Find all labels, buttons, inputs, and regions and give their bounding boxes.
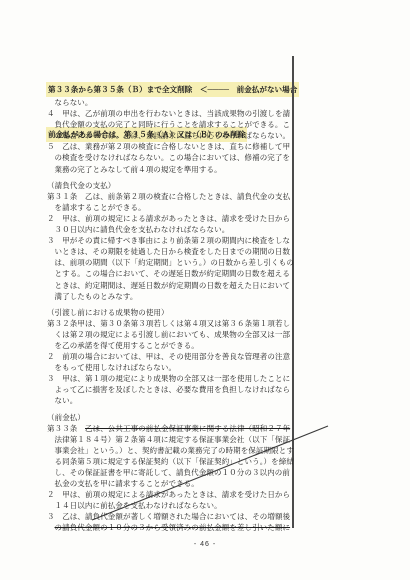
text-segment: 事業会社」という。）と、契約書記載の業務完了の時期を保証期限とす — [55, 446, 294, 455]
text-line: ４ 甲は、乙が前項の申出を行わないときは、当該成果物の引渡しを請 — [47, 108, 295, 119]
text-segment: 第３２条甲は、第３０条第３項若しくは第４項又は第３６条第１項若し — [47, 319, 290, 328]
text-segment: 満了したものとみなす。 — [55, 292, 138, 301]
text-segment: 払金の支払を甲に請求することができる。 — [55, 479, 199, 488]
text-segment: １４日以内に前払金を支払わなければならない。 — [55, 501, 222, 510]
text-segment: ３０日以内に請負代金を支払わなければならない。 — [55, 225, 230, 234]
text-line: 事業会社」という。）と、契約書記載の業務完了の時期を保証期限とす — [47, 445, 295, 456]
text-segment: ２ 前項の場合においては、甲は、その使用部分を善良な管理者の注意 — [47, 352, 290, 361]
text-line: ３ 乙は、請負代金額が著しく増額された場合においては、その増額後 — [47, 511, 295, 522]
text-segment: よって乙に損害を及ぼしたときは、必要な費用を負担しなければなら — [55, 385, 291, 394]
text-line: の場合においては、乙は、当該請求に直ちに応じなければならない。 — [47, 130, 295, 141]
text-line: を乙の承諾を得て使用することができる。 — [47, 340, 295, 351]
text-line: の請負代金額の１０分の３から受領済みの前払金額を差し引いた額に — [47, 522, 295, 533]
text-segment: ３ 乙は、請負代金額が著しく増額された場合においては、その増額後 — [47, 512, 290, 521]
text-line: る同条第５項に規定する保証契約（以下「保証契約」という。）を締結 — [47, 456, 295, 467]
text-line: を請求することができる。 — [47, 202, 295, 213]
text-segment: ２ 甲は、前項の規定による請求があったときは、請求を受けた日から — [47, 490, 290, 499]
text-segment: し、その保証証書を甲に寄託して、請負代金額の１０分の３以内の前 — [55, 468, 290, 477]
text-line: の検査を受けなければならない。この場合においては、修補の完了を — [47, 152, 295, 163]
text-line: をもって使用しなければならない。 — [47, 362, 295, 373]
text-line: は、前項の期間（以下「約定期間」という。）の日数から差し引くもの — [47, 257, 295, 268]
text-segment: 法律第１８４号）第２条第４項に規定する保証事業会社（以下「保証 — [55, 435, 291, 444]
text-line: 業務の完了とみなして前４項の規定を準用する。 — [47, 164, 295, 175]
text-line: 第３２条甲は、第３０条第３項若しくは第４項又は第３６条第１項若し — [47, 318, 295, 329]
text-line: ならない。 — [47, 97, 295, 108]
section-heading: （引渡し前における成果物の使用） — [47, 307, 295, 318]
text-segment: の場合においては、乙は、当該請求に直ちに応じなければならない。 — [55, 131, 291, 140]
text-line: ときは、約定期間は、遅延日数が約定期間の日数を超えた日において — [47, 280, 295, 291]
text-line: とする。この場合において、その遅延日数が約定期間の日数を超える — [47, 268, 295, 279]
text-line: ３０日以内に請負代金を支払わなければならない。 — [47, 224, 295, 235]
text-segment: ない。 — [55, 396, 78, 405]
text-segment: ４ 甲は、乙が前項の申出を行わないときは、当該成果物の引渡しを請 — [47, 109, 290, 118]
text-line: くは第２項の規定による引渡し前においても、成果物の全部又は一部 — [47, 329, 295, 340]
text-line: ない。 — [47, 395, 295, 406]
text-line: ２ 前項の場合においては、甲は、その使用部分を善良な管理者の注意 — [47, 351, 295, 362]
document-lines: ならない。４ 甲は、乙が前項の申出を行わないときは、当該成果物の引渡しを請負代金… — [47, 97, 295, 534]
text-segment: （請負代金の支払） — [47, 181, 115, 190]
text-segment: 負代金額の支払の完了と同時に行うことを請求することができる。こ — [55, 120, 291, 129]
text-segment: ２ 甲は、前項の規定による請求があったときは、請求を受けた日から — [47, 214, 290, 223]
text-segment: を請求することができる。 — [55, 203, 146, 212]
section-heading: （請負代金の支払） — [47, 180, 295, 191]
text-segment: を乙の承諾を得て使用することができる。 — [55, 341, 199, 350]
text-line: ２ 甲は、前項の規定による請求があったときは、請求を受けた日から — [47, 489, 295, 500]
text-line: 第３１条 乙は、前条第２項の検査に合格したときは、請負代金の支払 — [47, 191, 295, 202]
text-line: し、その保証証書を甲に寄託して、請負代金額の１０分の３以内の前 — [47, 467, 295, 478]
text-segment: の検査を受けなければならない。この場合においては、修補の完了を — [55, 153, 291, 162]
text-segment: 第３１条 乙は、前条第２項の検査に合格したときは、請負代金の支払 — [47, 192, 290, 201]
text-line: ３ 甲がその責に帰すべき事由により前条第２項の期間内に検査をしな — [47, 235, 295, 246]
page-number: - 46 - — [0, 541, 410, 548]
text-segment: ときは、約定期間は、遅延日数が約定期間の日数を超えた日において — [55, 281, 291, 290]
text-segment: 第３３条 — [47, 424, 85, 433]
text-line: 法律第１８４号）第２条第４項に規定する保証事業会社（以下「保証 — [47, 434, 295, 445]
struck-text: 乙は、公共工事の前払金保証事業に関する法律（昭和２７年 — [85, 424, 290, 433]
text-line: １４日以内に前払金を支払わなければならない。 — [47, 500, 295, 511]
text-segment: ３ 甲は、第１項の規定により成果物の全部又は一部を使用したことに — [47, 374, 290, 383]
annotation-line-1: 第３３条から第３５条（Ｂ）まで全文削除 ＜──── 前金払がない場合 — [46, 82, 299, 97]
text-line: 払金の支払を甲に請求することができる。 — [47, 478, 295, 489]
text-line: ２ 甲は、前項の規定による請求があったときは、請求を受けた日から — [47, 213, 295, 224]
section-heading: （前金払） — [47, 412, 295, 423]
text-segment: （引渡し前における成果物の使用） — [47, 308, 169, 317]
text-line: 第３３条 乙は、公共工事の前払金保証事業に関する法律（昭和２７年 — [47, 423, 295, 434]
text-line: 負代金額の支払の完了と同時に行うことを請求することができる。こ — [47, 119, 295, 130]
text-line: いときは、その期限を徒過した日から検査をした日までの期間の日数 — [47, 246, 295, 257]
document-page: 第３３条から第３５条（Ｂ）まで全文削除 ＜──── 前金払がない場合 前金払があ… — [0, 0, 410, 580]
text-line: ３ 甲は、第１項の規定により成果物の全部又は一部を使用したことに — [47, 373, 295, 384]
text-segment: とする。この場合において、その遅延日数が約定期間の日数を超える — [55, 269, 290, 278]
highlighted-text: 第３３条から第３５条（Ｂ）まで全文削除 ＜──── 前金払がない場合 — [46, 82, 299, 97]
text-line: 満了したものとみなす。 — [47, 291, 295, 302]
text-line: ５ 乙は、業務が第２項の検査に合格しないときは、直ちに修補して甲 — [47, 141, 295, 152]
text-segment: ならない。 — [55, 98, 93, 107]
text-segment: ５ 乙は、業務が第２項の検査に合格しないときは、直ちに修補して甲 — [47, 142, 290, 151]
text-segment: （前金払） — [47, 413, 85, 422]
text-line: よって乙に損害を及ぼしたときは、必要な費用を負担しなければなら — [47, 384, 295, 395]
text-segment: ３ 甲がその責に帰すべき事由により前条第２項の期間内に検査をしな — [47, 236, 290, 245]
text-segment: いときは、その期限を徒過した日から検査をした日までの期間の日数 — [55, 247, 291, 256]
struck-text: の請負代金額の１０分の３から受領済みの前払金額を差し引いた額に — [55, 523, 291, 532]
text-segment: は、前項の期間（以下「約定期間」という。）の日数から差し引くもの — [55, 258, 294, 267]
text-segment: る同条第５項に規定する保証契約（以下「保証契約」という。）を締結 — [55, 457, 294, 466]
text-segment: をもって使用しなければならない。 — [55, 363, 177, 372]
text-segment: 業務の完了とみなして前４項の規定を準用する。 — [55, 165, 222, 174]
text-segment: くは第２項の規定による引渡し前においても、成果物の全部又は一部 — [55, 330, 291, 339]
